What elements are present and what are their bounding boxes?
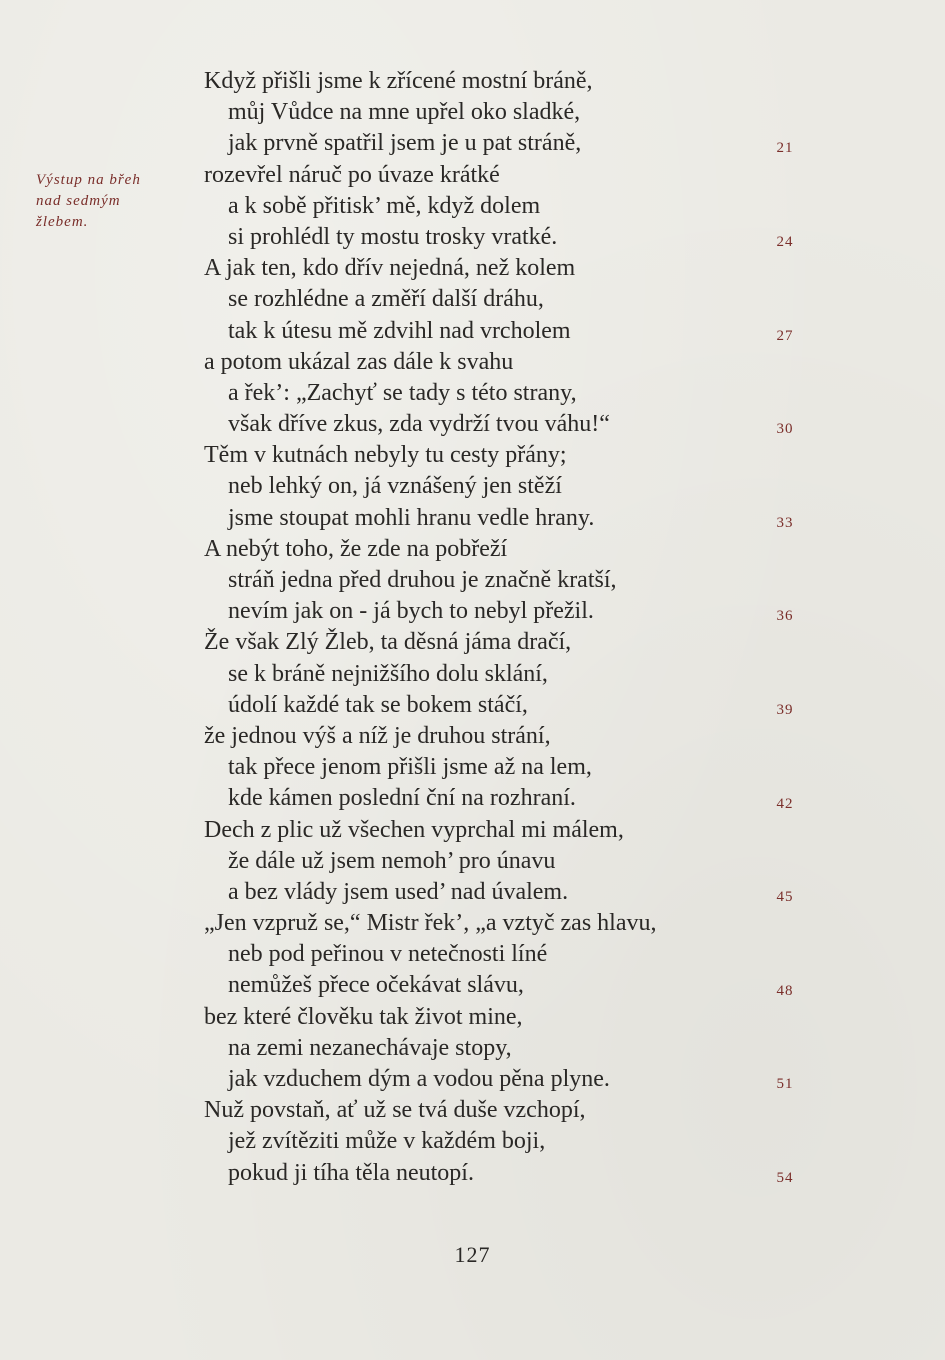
verse-line: jak vzduchem dým a vodou pěna plyne. <box>204 1064 764 1095</box>
line-number: 51 <box>760 1076 810 1093</box>
verse-line: „Jen vzpruž se,“ Mistr řek’, „a vztyč za… <box>204 908 764 939</box>
line-number: 36 <box>760 608 810 625</box>
verse-line: Nuž povstaň, ať už se tvá duše vzchopí, <box>204 1095 764 1126</box>
margin-note: Výstup na břeh nad sedmým žlebem. <box>36 170 186 233</box>
verse-line: Že však Zlý Žleb, ta děsná jáma dračí, <box>204 627 764 658</box>
line-number: 21 <box>760 140 810 157</box>
verse-line: jsme stoupat mohli hranu vedle hrany. <box>204 503 764 534</box>
verse-line: na zemi nezanechávaje stopy, <box>204 1033 764 1064</box>
line-number: 27 <box>760 328 810 345</box>
verse-line: Když přišli jsme k zřícené mostní bráně, <box>204 66 764 97</box>
verse-line: A jak ten, kdo dřív nejedná, než kolem <box>204 253 764 284</box>
verse-line: jak prvně spatřil jsem je u pat stráně, <box>204 128 764 159</box>
verse-line: tak k útesu mě zdvihl nad vrcholem <box>204 316 764 347</box>
poem-verses: Když přišli jsme k zřícené mostní bráně,… <box>204 66 764 1189</box>
line-number: 39 <box>760 702 810 719</box>
verse-line: si prohlédl ty mostu trosky vratké. <box>204 222 764 253</box>
verse-line: že jednou výš a níž je druhou strání, <box>204 721 764 752</box>
verse-line: a řek’: „Zachyť se tady s této strany, <box>204 378 764 409</box>
verse-line: a k sobě přitisk’ mě, když dolem <box>204 191 764 222</box>
verse-line: pokud ji tíha těla neutopí. <box>204 1158 764 1189</box>
book-page: Výstup na břeh nad sedmým žlebem. Když p… <box>0 0 945 1360</box>
line-number: 54 <box>760 1170 810 1187</box>
verse-line: A nebýt toho, že zde na pobřeží <box>204 534 764 565</box>
line-number: 45 <box>760 889 810 906</box>
verse-line: stráň jedna před druhou je značně kratší… <box>204 565 764 596</box>
verse-line: a bez vlády jsem used’ nad úvalem. <box>204 877 764 908</box>
verse-line: jež zvítěziti může v každém boji, <box>204 1126 764 1157</box>
line-number: 33 <box>760 515 810 532</box>
margin-note-line: Výstup na břeh <box>36 170 186 191</box>
verse-line: tak přece jenom přišli jsme až na lem, <box>204 752 764 783</box>
verse-line: Dech z plic už všechen vyprchal mi málem… <box>204 815 764 846</box>
verse-line: a potom ukázal zas dále k svahu <box>204 347 764 378</box>
page-number: 127 <box>0 1242 945 1268</box>
verse-line: nemůžeš přece očekávat slávu, <box>204 970 764 1001</box>
line-number: 30 <box>760 421 810 438</box>
verse-line: kde kámen poslední ční na rozhraní. <box>204 783 764 814</box>
verse-line: můj Vůdce na mne upřel oko sladké, <box>204 97 764 128</box>
verse-line: neb lehký on, já vznášený jen stěží <box>204 471 764 502</box>
line-number: 48 <box>760 983 810 1000</box>
verse-line: však dříve zkus, zda vydrží tvou váhu!“ <box>204 409 764 440</box>
verse-line: bez které člověku tak život mine, <box>204 1002 764 1033</box>
verse-line: nevím jak on - já bych to nebyl přežil. <box>204 596 764 627</box>
verse-line: se k bráně nejnižšího dolu sklání, <box>204 659 764 690</box>
verse-line: se rozhlédne a změří další dráhu, <box>204 284 764 315</box>
line-number: 42 <box>760 796 810 813</box>
verse-line: že dále už jsem nemoh’ pro únavu <box>204 846 764 877</box>
verse-line: rozevřel náruč po úvaze krátké <box>204 160 764 191</box>
line-number: 24 <box>760 234 810 251</box>
verse-line: neb pod peřinou v netečnosti líné <box>204 939 764 970</box>
margin-note-line: žlebem. <box>36 212 186 233</box>
margin-note-line: nad sedmým <box>36 191 186 212</box>
verse-line: Těm v kutnách nebyly tu cesty přány; <box>204 440 764 471</box>
verse-line: údolí každé tak se bokem stáčí, <box>204 690 764 721</box>
